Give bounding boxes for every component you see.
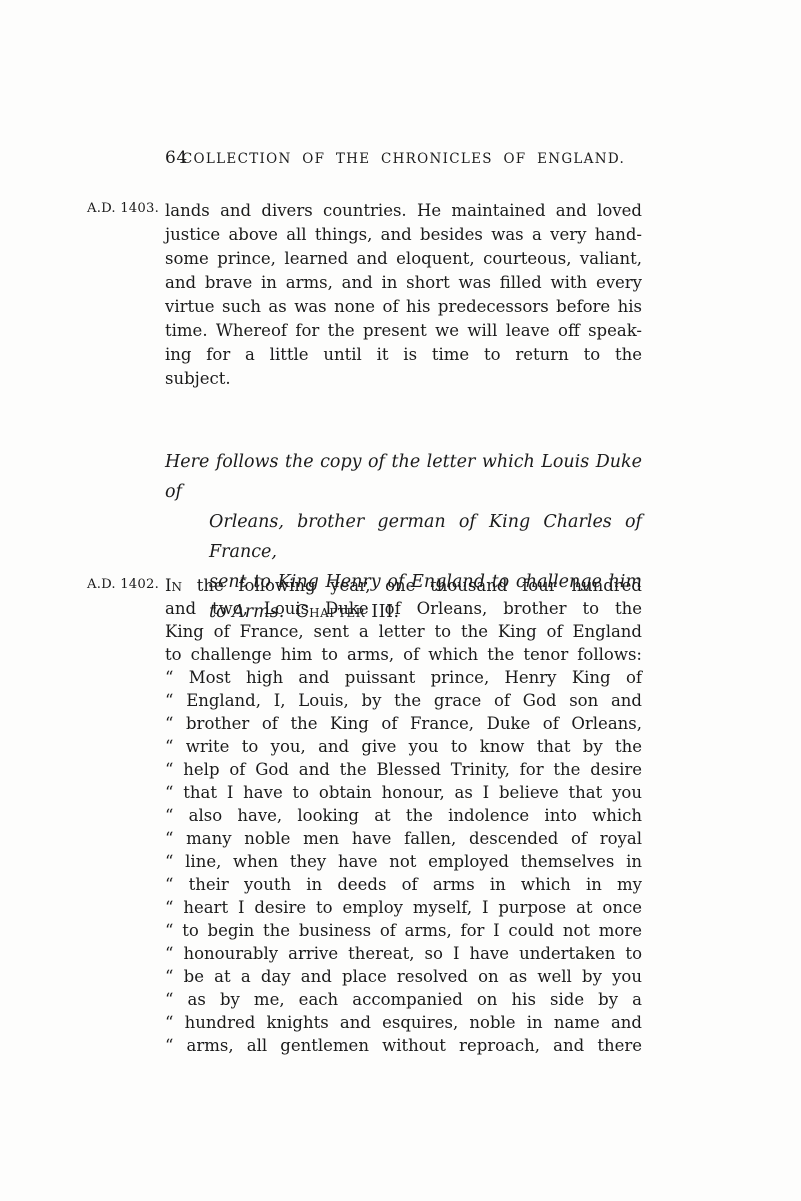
text-line: “ as by me, each accompanied on his side… (165, 988, 642, 1011)
text-line: Orleans, brother german of King Charles … (165, 507, 642, 567)
text-line: ing for a little until it is time to ret… (165, 343, 642, 367)
text-line-first: In the following year, one thousand four… (165, 574, 642, 597)
margin-note-1403: A.D. 1403. (87, 201, 162, 216)
text-line: King of France, sent a letter to the Kin… (165, 620, 642, 643)
text-line: “ hundred knights and esquires, noble in… (165, 1011, 642, 1034)
text-line: “ also have, looking at the indolence in… (165, 804, 642, 827)
text-line: virtue such as was none of his predecess… (165, 295, 642, 319)
text-line: “ heart I desire to employ myself, I pur… (165, 896, 642, 919)
margin-note-1402: A.D. 1402. (87, 577, 162, 592)
text-line: “ Most high and puissant prince, Henry K… (165, 666, 642, 689)
text-line: and brave in arms, and in short was fill… (165, 271, 642, 295)
text-line: “ that I have to obtain honour, as I bel… (165, 781, 642, 804)
text-line: “ many noble men have fallen, descended … (165, 827, 642, 850)
text-line: “ line, when they have not employed them… (165, 850, 642, 873)
text-line: “ be at a day and place resolved on as w… (165, 965, 642, 988)
paragraph-1402: In the following year, one thousand four… (165, 574, 642, 1057)
text-line: “ write to you, and give you to know tha… (165, 735, 642, 758)
text-line: time. Whereof for the present we will le… (165, 319, 642, 343)
text-line: “ to begin the business of arms, for I c… (165, 919, 642, 942)
running-title: COLLECTION OF THE CHRONICLES OF ENGLAND. (165, 148, 642, 167)
small-caps-lead: In (165, 576, 182, 595)
page-number: 64 (165, 148, 188, 168)
text-line: “ their youth in deeds of arms in which … (165, 873, 642, 896)
paragraph-1403: lands and divers countries. He maintaine… (165, 199, 642, 391)
text-line: “ England, I, Louis, by the grace of God… (165, 689, 642, 712)
text-line: justice above all things, and besides wa… (165, 223, 642, 247)
text-line: some prince, learned and eloquent, court… (165, 247, 642, 271)
text-line: lands and divers countries. He maintaine… (165, 199, 642, 223)
first-line-rest: the following year, one thousand four hu… (182, 576, 642, 595)
text-line: and two, Louis Duke of Orleans, brother … (165, 597, 642, 620)
page-header: 64 COLLECTION OF THE CHRONICLES OF ENGLA… (165, 148, 642, 170)
text-line: subject. (165, 367, 642, 391)
text-line: “ arms, all gentlemen without reproach, … (165, 1034, 642, 1057)
text-line: Here follows the copy of the letter whic… (165, 447, 642, 507)
text-line: “ brother of the King of France, Duke of… (165, 712, 642, 735)
scanned-book-page: 64 COLLECTION OF THE CHRONICLES OF ENGLA… (0, 0, 801, 1201)
text-line: to challenge him to arms, of which the t… (165, 643, 642, 666)
text-line: “ honourably arrive thereat, so I have u… (165, 942, 642, 965)
paragraph-1402-lines: and two, Louis Duke of Orleans, brother … (165, 597, 642, 1057)
text-line: “ help of God and the Blessed Trinity, f… (165, 758, 642, 781)
